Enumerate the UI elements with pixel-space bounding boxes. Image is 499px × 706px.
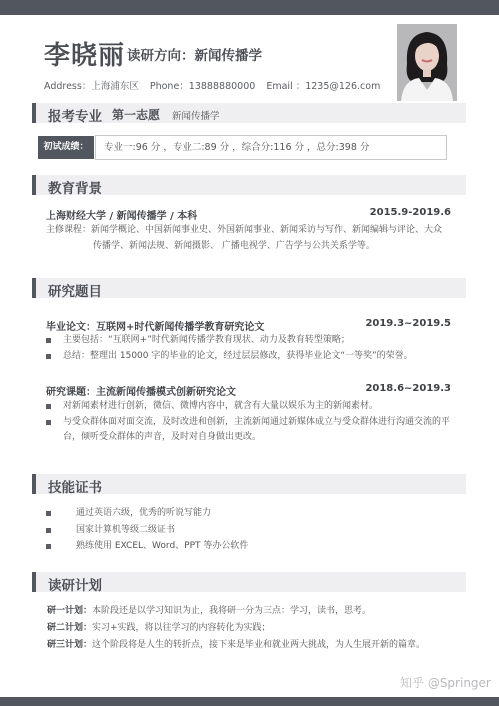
top-bar bbox=[0, 0, 499, 15]
square-bullet-icon bbox=[46, 404, 51, 409]
portrait-photo bbox=[397, 24, 457, 101]
phone: Phone：13888880000 bbox=[150, 81, 255, 92]
section-marker bbox=[32, 278, 36, 298]
research-date: 2019.3~2019.5 bbox=[365, 318, 451, 329]
plan-text: 实习+实践，将以往学习的内容转化为实践； bbox=[92, 623, 271, 633]
section-plan: 读研计划 bbox=[32, 572, 466, 592]
plan-item: 研一计划：本阶段还是以学习知识为止，我将研一分为三点：学习，读书，思考。 bbox=[47, 604, 371, 619]
section-research: 研究题目 bbox=[32, 278, 466, 298]
section-title: 技能证书 bbox=[48, 476, 102, 496]
section-title: 报考专业 bbox=[48, 105, 102, 125]
portrait-icon bbox=[397, 24, 457, 101]
address: Address：上海浦东区 bbox=[44, 81, 139, 92]
section-application: 报考专业 第一志愿 新闻传播学 bbox=[32, 103, 466, 123]
plan-item: 研二计划：实习+实践，将以往学习的内容转化为实践； bbox=[47, 621, 271, 636]
plan-item: 研三计划：这个阶段将是人生的转折点，接下来是毕业和就业两大挑战，为人生展开新的篇… bbox=[47, 638, 425, 653]
section-education: 教育背景 bbox=[32, 175, 466, 195]
school-line: 上海财经大学 / 新闻传播学 / 本科 bbox=[46, 211, 197, 222]
section-title: 教育背景 bbox=[48, 177, 102, 197]
watermark: 知乎 @Springer bbox=[400, 674, 491, 691]
bottom-bar bbox=[0, 697, 499, 706]
square-bullet-icon bbox=[46, 354, 51, 359]
courses-line-1: 主修课程：新闻学概论、中国新闻事业史、外国新闻事业、新闻采访与写作、新闻编辑与评… bbox=[46, 223, 442, 238]
section-marker bbox=[32, 572, 36, 592]
research-item-heading: 毕业论文：互联网+时代新闻传播学教育研究论文 2019.3~2019.5 bbox=[46, 318, 451, 333]
plan-text: 本阶段还是以学习知识为止，我将研一分为三点：学习，读书，思考。 bbox=[92, 606, 371, 616]
education-row: 上海财经大学 / 新闻传播学 / 本科 2015.9-2019.6 bbox=[46, 207, 451, 222]
list-item-continuation: 台，倾听受众群体的声音，及时对自身做出更改。 bbox=[63, 430, 261, 445]
square-bullet-icon bbox=[46, 528, 51, 533]
square-bullet-icon bbox=[46, 544, 51, 549]
study-direction: 读研方向：新闻传播学 bbox=[127, 44, 262, 64]
plan-label: 研二计划： bbox=[47, 623, 92, 633]
email: Email ：1235@126.com bbox=[266, 81, 380, 92]
section-marker bbox=[32, 103, 36, 123]
research-item-heading: 研究课题：主流新闻传播模式创新研究论文 2018.6~2019.3 bbox=[46, 383, 451, 398]
section-marker bbox=[32, 474, 36, 494]
section-title: 研究题目 bbox=[48, 280, 102, 300]
plan-label: 研一计划： bbox=[47, 606, 92, 616]
plan-label: 研三计划： bbox=[47, 640, 92, 650]
research-title: 毕业论文：互联网+时代新闻传播学教育研究论文 bbox=[46, 322, 264, 333]
research-date: 2018.6~2019.3 bbox=[365, 383, 451, 394]
candidate-name: 李晓丽 bbox=[44, 35, 125, 72]
education-date: 2015.9-2019.6 bbox=[370, 207, 451, 218]
section-title: 读研计划 bbox=[48, 574, 102, 594]
research-title: 研究课题：主流新闻传播模式创新研究论文 bbox=[46, 387, 236, 398]
square-bullet-icon bbox=[46, 511, 51, 516]
courses-line-2: 传播学、新闻法规、新闻摄影、 广播电视学、广告学与公共关系学等。 bbox=[93, 239, 375, 254]
contact-info: Address：上海浦东区 Phone：13888880000 Email ：1… bbox=[44, 78, 388, 92]
score-box: 专业一:96 分 ，专业二:89 分 ，综合分:116 分 ，总分:398 分 bbox=[95, 135, 447, 160]
section-marker bbox=[32, 175, 36, 195]
plan-text: 这个阶段将是人生的转折点，接下来是毕业和就业两大挑战，为人生展开新的篇章。 bbox=[92, 640, 425, 650]
applied-major: 新闻传播学 bbox=[172, 108, 220, 122]
square-bullet-icon bbox=[46, 420, 51, 425]
square-bullet-icon bbox=[46, 338, 51, 343]
score-label: 初试成绩： bbox=[38, 136, 94, 159]
choice-label: 第一志愿 bbox=[112, 106, 160, 123]
section-skills: 技能证书 bbox=[32, 474, 466, 494]
